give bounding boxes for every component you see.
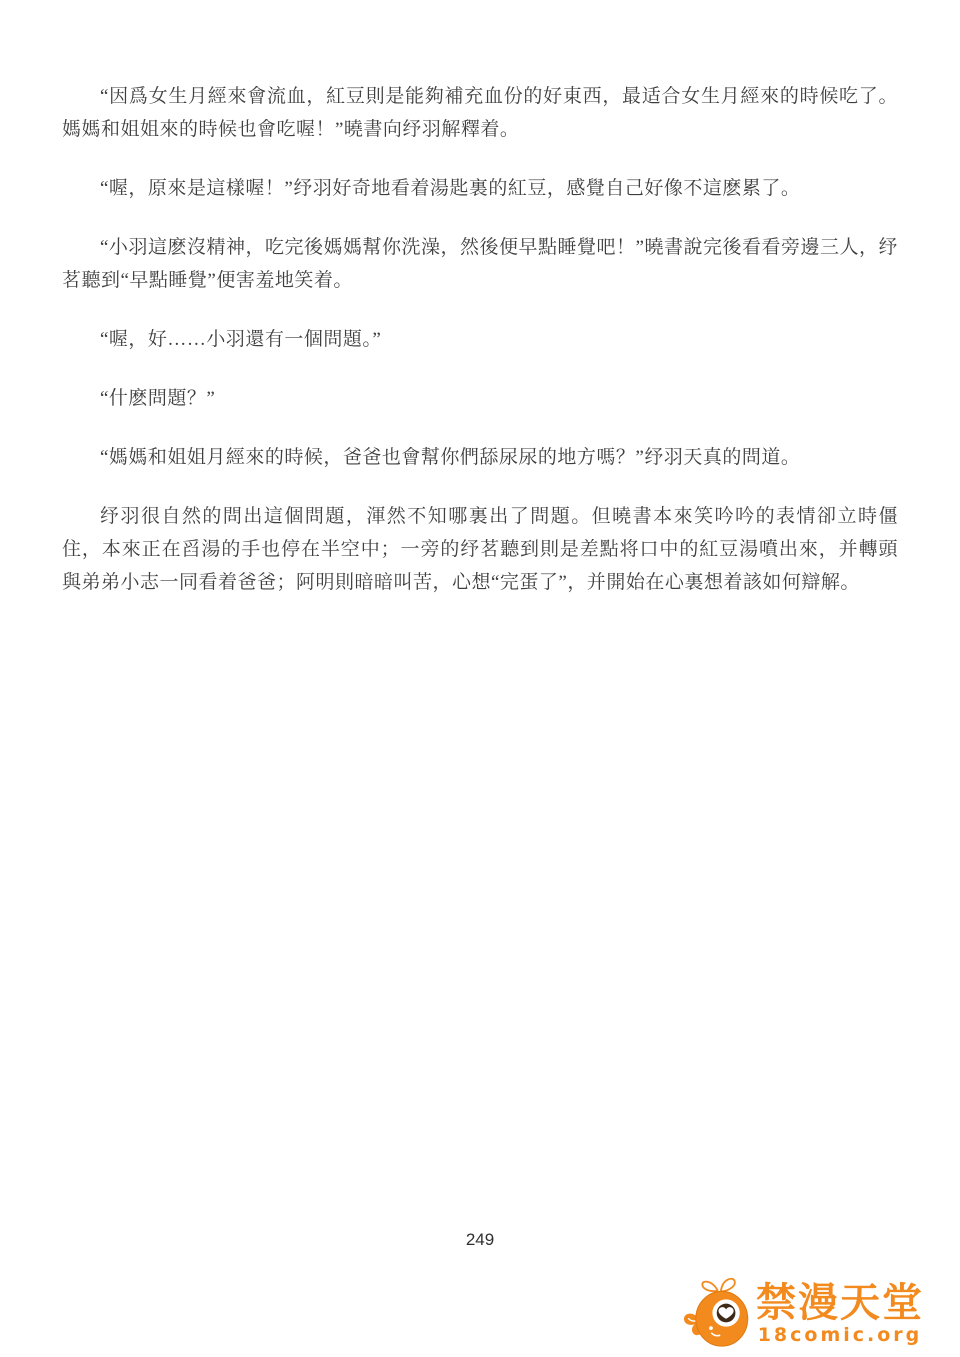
paragraph: “因爲女生月經來會流血，紅豆則是能夠補充血份的好東西，最适合女生月經來的時候吃了… (62, 80, 898, 146)
text-content: “因爲女生月經來會流血，紅豆則是能夠補充血份的好東西，最适合女生月經來的時候吃了… (62, 80, 898, 625)
watermark-site-url: 18comic.org (758, 1325, 923, 1345)
watermark-text: 禁漫天堂 18comic.org (756, 1282, 924, 1345)
watermark-site-name: 禁漫天堂 (756, 1282, 924, 1324)
paragraph: “喔，好……小羽還有一個問題。” (62, 323, 898, 356)
page-number: 249 (0, 1230, 960, 1250)
paragraph: “喔，原來是這樣喔！”纾羽好奇地看着湯匙裏的紅豆，感覺自己好像不這麽累了。 (62, 172, 898, 205)
jmcomic-mascot-icon (680, 1275, 752, 1351)
paragraph: “媽媽和姐姐月經來的時候，爸爸也會幫你們舔尿尿的地方嗎？”纾羽天真的問道。 (62, 441, 898, 474)
document-page: “因爲女生月經來會流血，紅豆則是能夠補充血份的好東西，最适合女生月經來的時候吃了… (0, 0, 960, 1357)
watermark: 禁漫天堂 18comic.org (680, 1275, 924, 1351)
paragraph: “小羽這麽沒精神，吃完後媽媽幫你洗澡，然後便早點睡覺吧！”曉書說完後看看旁邊三人… (62, 231, 898, 297)
paragraph: “什麽問題？” (62, 382, 898, 415)
paragraph: 纾羽很自然的問出這個問題，渾然不知哪裏出了問題。但曉書本來笑吟吟的表情卻立時僵住… (62, 500, 898, 599)
